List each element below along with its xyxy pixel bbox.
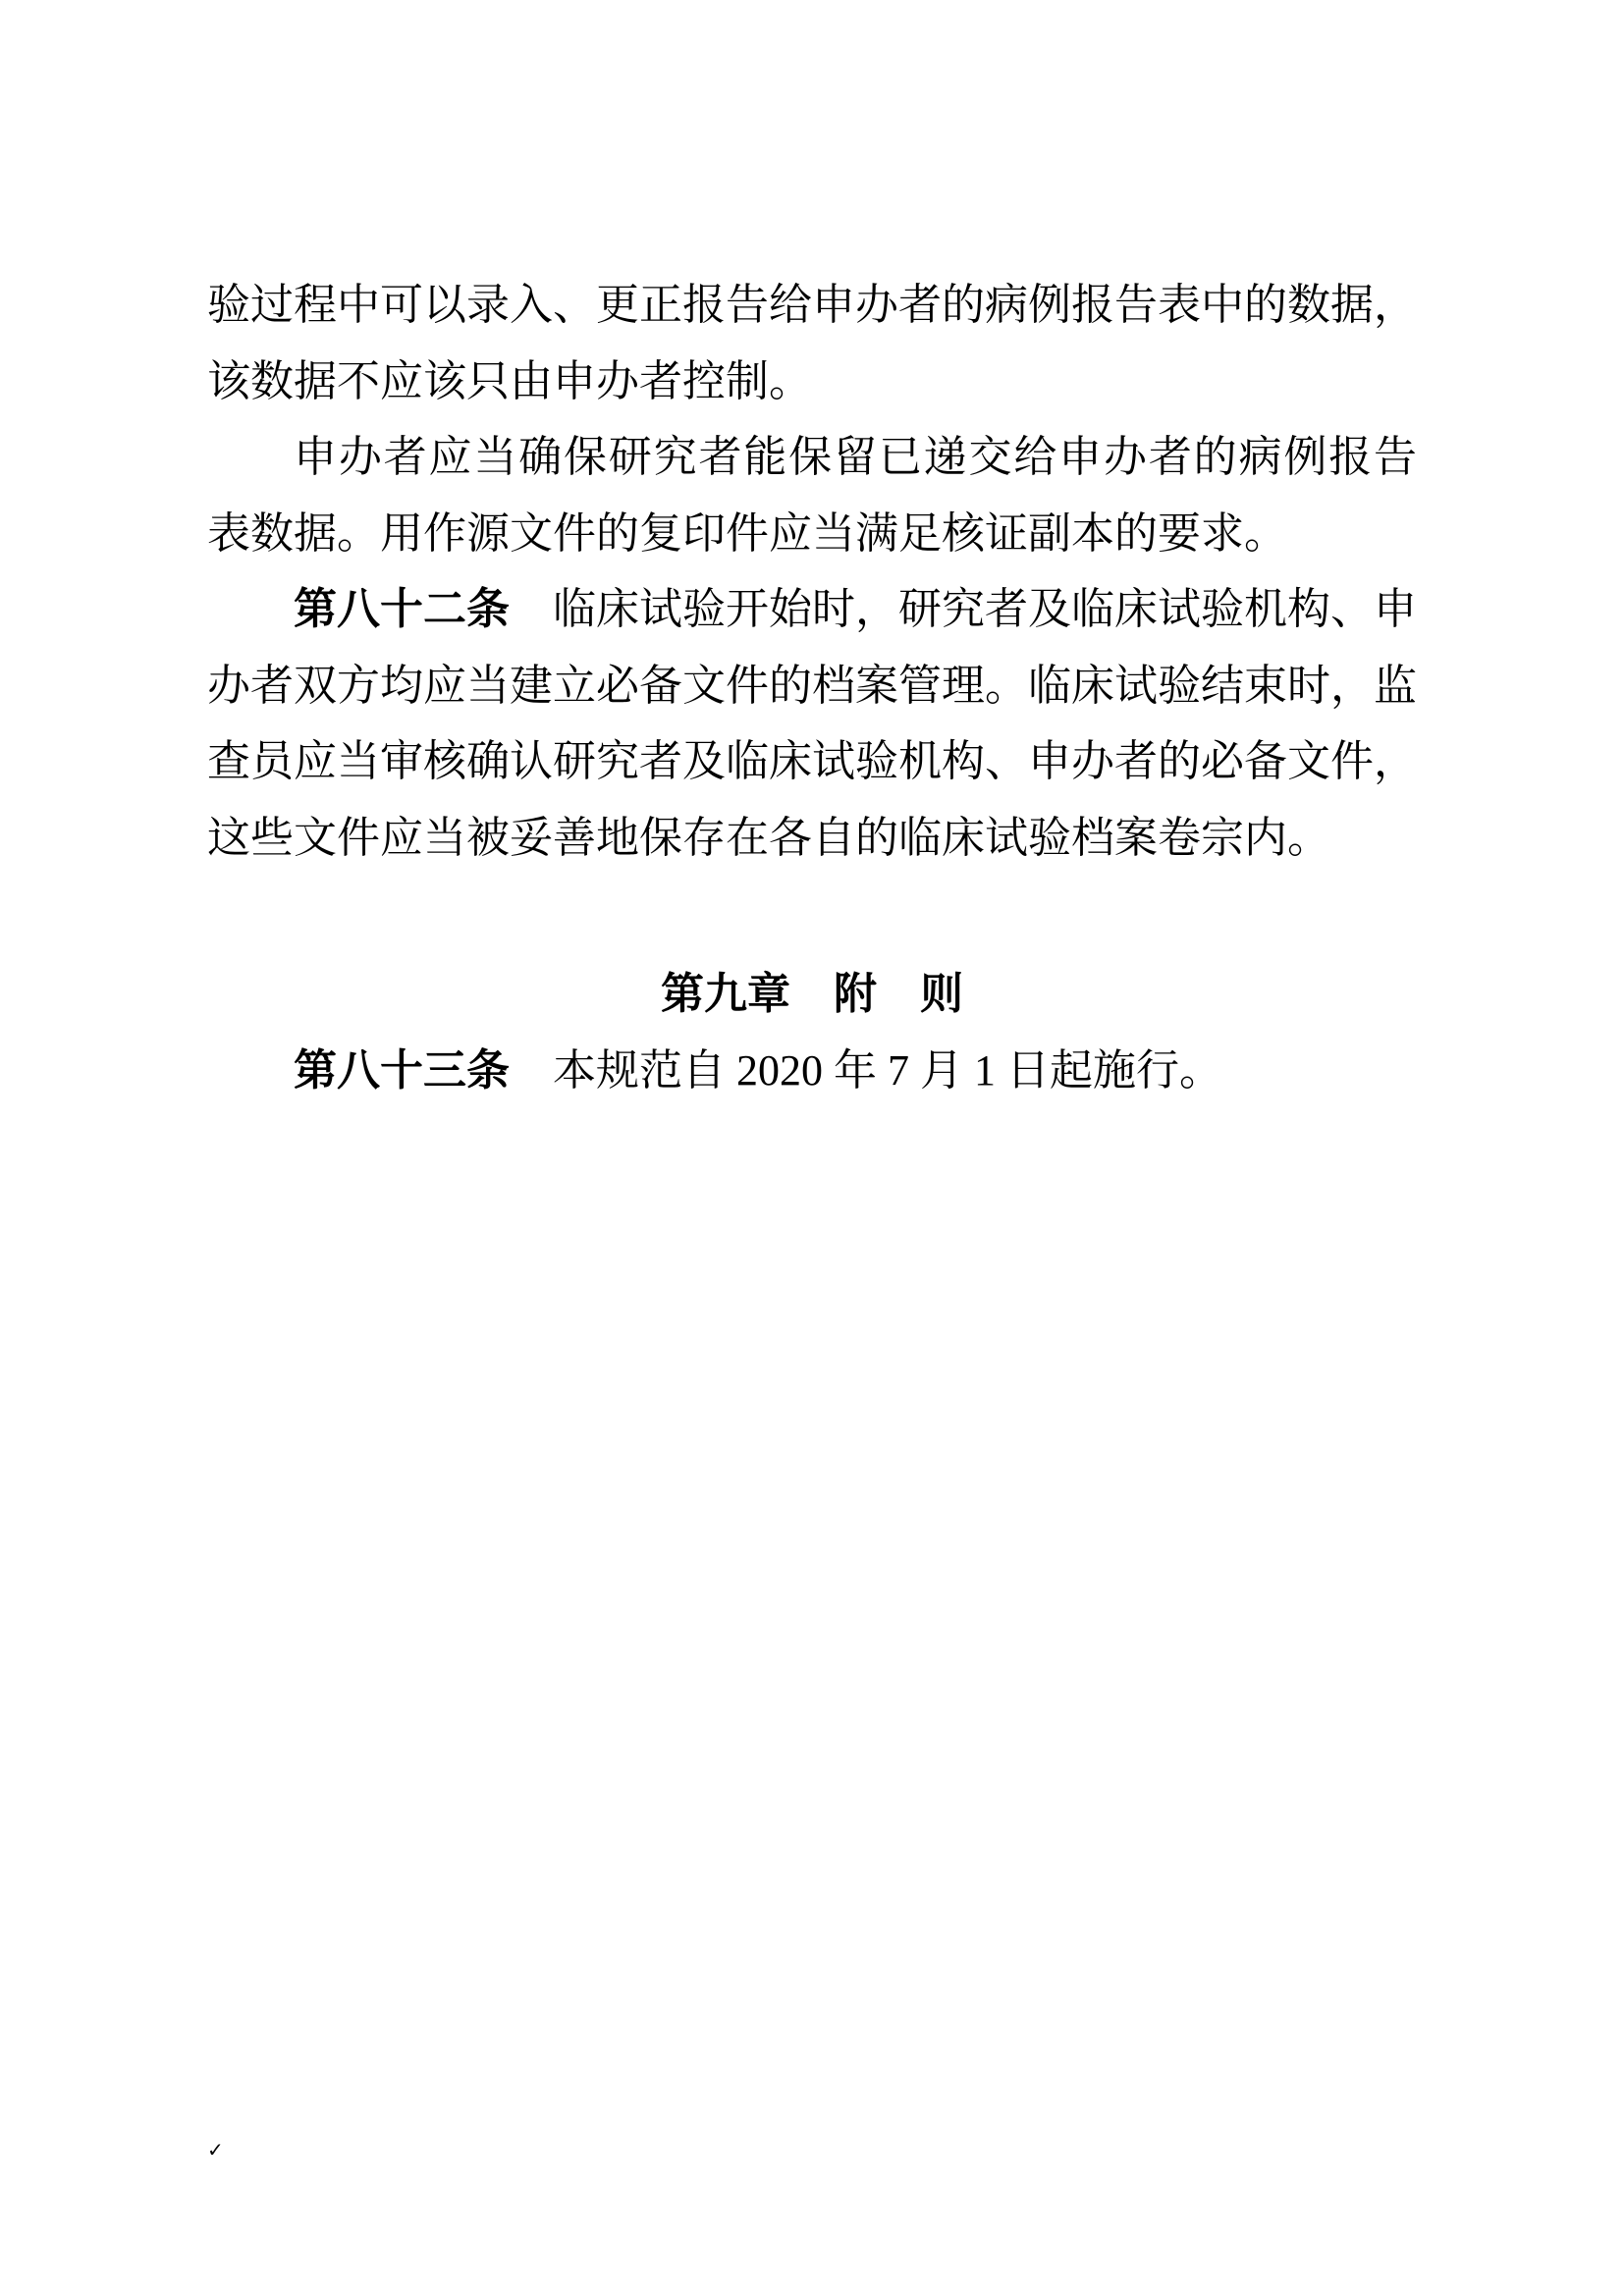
blank-line — [207, 876, 1417, 956]
body-line-6: 办者双方均应当建立必备文件的档案管理。临床试验结束时，监 — [207, 648, 1417, 724]
text-run: 表数据。用作源文件的复印件应当满足核证副本的要求。 — [207, 509, 1287, 558]
text-run: 本规范自 2020 年 7 月 1 日起施行。 — [510, 1046, 1222, 1095]
article-number: 第九章 附 则 — [661, 970, 963, 1018]
text-run: 办者双方均应当建立必备文件的档案管理。临床试验结束时，监 — [207, 662, 1417, 710]
text-run: 该数据不应该只由申办者控制。 — [207, 357, 812, 405]
text-run: 临床试验开始时，研究者及临床试验机构、申 — [510, 585, 1417, 633]
document-body: 验过程中可以录入、更正报告给申办者的病例报告表中的数据，该数据不应该只由申办者控… — [207, 267, 1417, 1108]
text-run: 验过程中可以录入、更正报告给申办者的病例报告表中的数据， — [207, 281, 1417, 329]
article-number: 第八十二条 — [294, 585, 510, 633]
body-line-7: 查员应当审核确认研究者及临床试验机构、申办者的必备文件， — [207, 723, 1417, 800]
article-83-line: 第八十三条 本规范自 2020 年 7 月 1 日起施行。 — [207, 1033, 1417, 1109]
stray-mark: ✓ — [207, 2140, 224, 2160]
body-line-4: 表数据。用作源文件的复印件应当满足核证副本的要求。 — [207, 496, 1417, 572]
text-run: 这些文件应当被妥善地保存在各自的临床试验档案卷宗内。 — [207, 814, 1330, 862]
text-run: 申办者应当确保研究者能保留已递交给申办者的病例报告 — [294, 433, 1417, 481]
body-line-8: 这些文件应当被妥善地保存在各自的临床试验档案卷宗内。 — [207, 800, 1417, 877]
body-line-2: 该数据不应该只由申办者控制。 — [207, 344, 1417, 420]
document-page: 验过程中可以录入、更正报告给申办者的病例报告表中的数据，该数据不应该只由申办者控… — [0, 0, 1624, 2296]
body-line-5: 第八十二条 临床试验开始时，研究者及临床试验机构、申 — [207, 571, 1417, 648]
body-line-3: 申办者应当确保研究者能保留已递交给申办者的病例报告 — [207, 419, 1417, 496]
text-run: 查员应当审核确认研究者及临床试验机构、申办者的必备文件， — [207, 737, 1417, 785]
chapter-heading: 第九章 附 则 — [207, 956, 1417, 1033]
article-number: 第八十三条 — [294, 1046, 510, 1095]
body-line-1: 验过程中可以录入、更正报告给申办者的病例报告表中的数据， — [207, 267, 1417, 344]
